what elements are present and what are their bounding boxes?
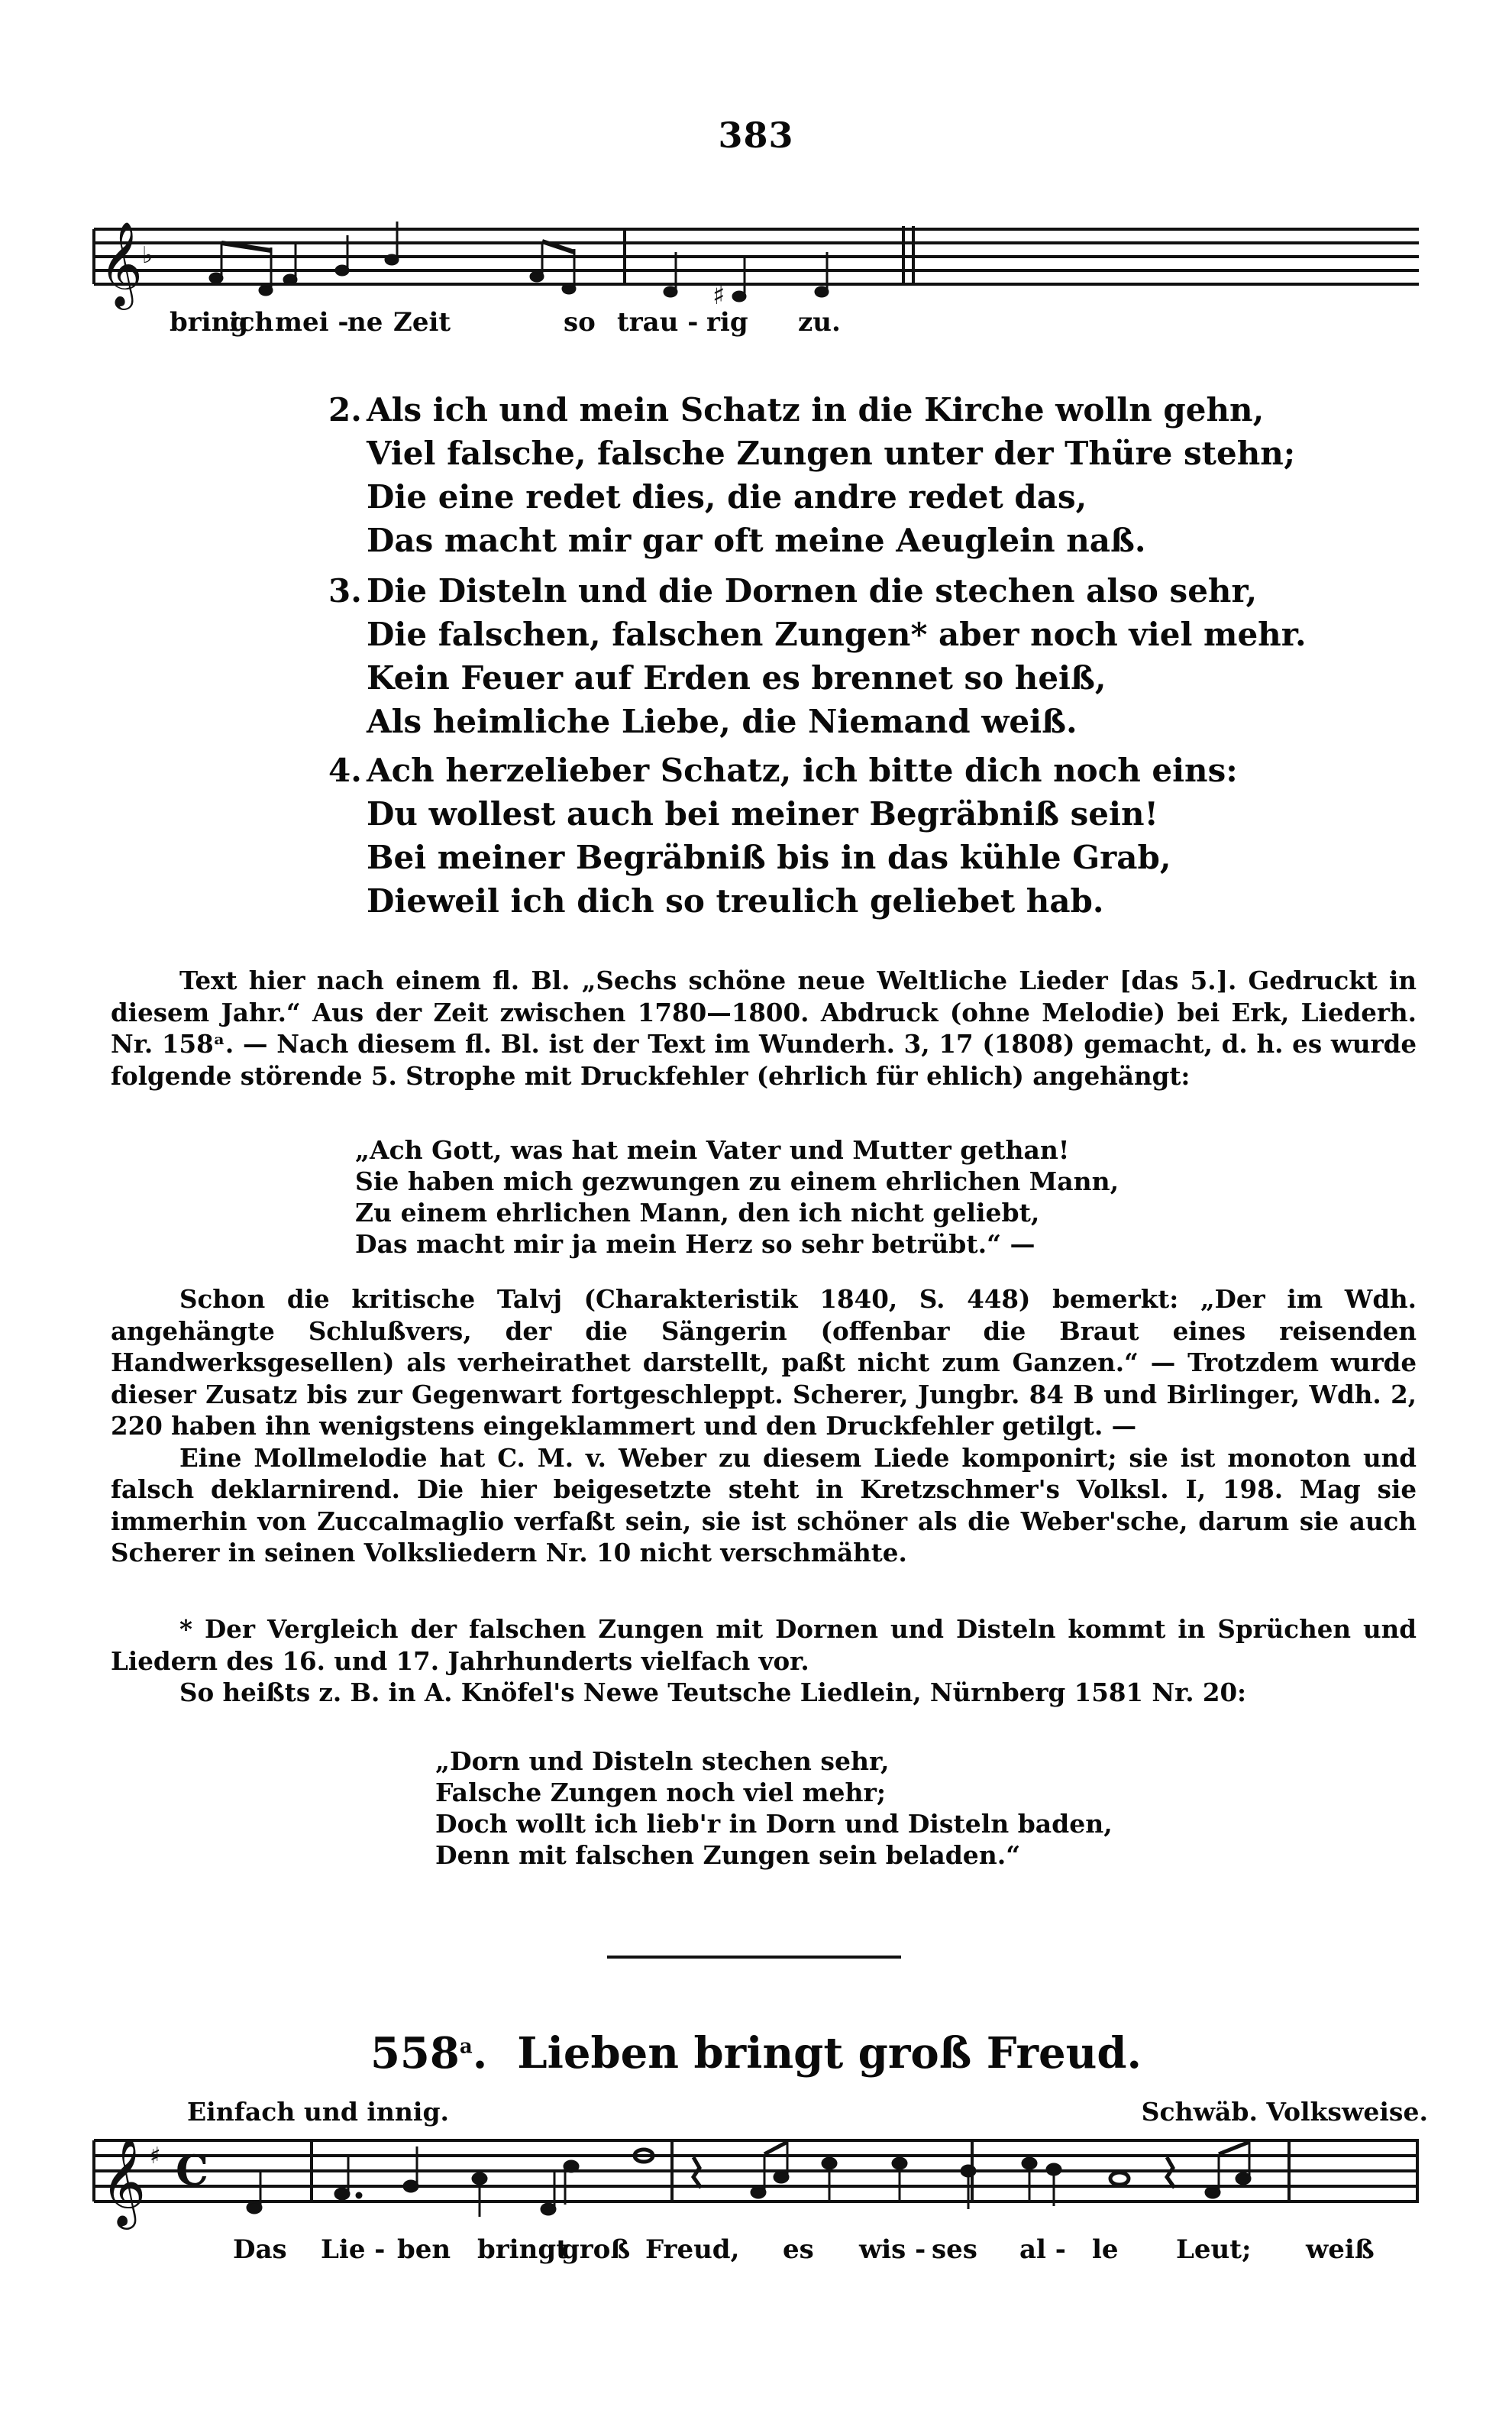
paragraph: Eine Mollmelodie hat C. M. v. Weber zu d… [111,1442,1417,1569]
sheet-music-notation: 𝄞 ♯ C [90,2116,1423,2231]
lyric-syllable: al - [1019,2234,1066,2265]
commentary-source: Text hier nach einem fl. Bl. „Sechs schö… [111,965,1417,1092]
lyric-syllable: wis - [859,2234,926,2265]
lyric-syllable: ich [229,307,273,338]
quote-line: „Ach Gott, was hat mein Vater und Mutter… [355,1134,1119,1166]
svg-text:♯: ♯ [150,2143,161,2169]
verse-line: Als ich und mein Schatz in die Kirche wo… [367,391,1264,429]
verse-line: Die eine redet dies, die andre redet das… [328,475,1295,519]
lyric-syllable: mei - [275,307,348,338]
lyric-syllable: le [1092,2234,1119,2265]
song-heading: 558a. Lieben bringt groß Freud. [0,2028,1512,2079]
lyric-syllable: weiß [1306,2234,1375,2265]
quote-line: Zu einem ehrlichen Mann, den ich nicht g… [355,1197,1119,1228]
svg-text:♯: ♯ [712,280,725,311]
quote-line: Sie haben mich gezwungen zu einem ehrlic… [355,1166,1119,1197]
music-staff-top: 𝄞 ♭ ♯ [90,206,1423,313]
lyric-syllable: ses [932,2234,977,2265]
svg-text:♭: ♭ [142,242,153,269]
commentary-talvj: Schon die kritische Talvj (Charakteristi… [111,1283,1417,1569]
quote-line: Doch wollt ich lieb'r in Dorn und Distel… [435,1808,1113,1839]
section-separator [607,1956,901,1959]
verse-line: Dieweil ich dich so treulich geliebet ha… [328,879,1238,923]
footnote: * Der Vergleich der falschen Zungen mit … [111,1613,1417,1709]
lyric-syllable: bringt [477,2234,568,2265]
verse-line: Bei meiner Begräbniß bis in das kühle Gr… [328,836,1238,879]
verse-number: 3. [328,569,367,613]
lyric-syllable: zu. [798,307,841,338]
page-number: 383 [0,115,1512,156]
verse-line: Als heimliche Liebe, die Niemand weiß. [328,700,1307,743]
lyric-syllable: ne [347,307,383,338]
sheet-music-notation: 𝄞 ♭ ♯ [90,206,1423,313]
verse-line: Ach herzelieber Schatz, ich bitte dich n… [367,752,1238,789]
verse-3: 3.Die Disteln und die Dornen die stechen… [328,569,1307,743]
svg-text:𝄞: 𝄞 [99,221,143,310]
quote-line: Falsche Zungen noch viel mehr; [435,1777,1113,1808]
song-title: Lieben bringt groß Freud. [517,2028,1142,2079]
verse-line: Die Disteln und die Dornen die stechen a… [367,572,1257,610]
svg-text:𝄞: 𝄞 [101,2137,146,2230]
svg-text:C: C [176,2146,208,2195]
quote-line: Denn mit falschen Zungen sein beladen.“ [435,1839,1113,1871]
lyric-syllable: ben [397,2234,451,2265]
lyric-syllable: Freud, [645,2234,739,2265]
verse-line: Du wollest auch bei meiner Begräbniß sei… [328,792,1238,836]
footnote-quote: „Dorn und Disteln stechen sehr, Falsche … [435,1745,1113,1871]
lyric-syllable: Leut; [1176,2234,1252,2265]
lyrics-top: bring ich mei - ne Zeit so trau - rig zu… [0,307,1512,341]
lyric-syllable: es [783,2234,814,2265]
verse-4: 4.Ach herzelieber Schatz, ich bitte dich… [328,749,1238,923]
verse-line: Die falschen, falschen Zungen* aber noch… [328,613,1307,656]
footnote-text: * Der Vergleich der falschen Zungen mit … [111,1613,1417,1677]
verse-number: 2. [328,388,367,432]
paragraph: Text hier nach einem fl. Bl. „Sechs schö… [111,965,1417,1092]
song-number-suffix: a [460,2035,473,2058]
appended-strophe-quote: „Ach Gott, was hat mein Vater und Mutter… [355,1134,1119,1260]
verse-line: Viel falsche, falsche Zungen unter der T… [328,432,1295,475]
lyric-syllable: so [564,307,596,338]
lyrics-bottom: Das Lie - ben bringt groß Freud, es wis … [0,2234,1512,2269]
lyric-syllable: groß [561,2234,630,2265]
verse-number: 4. [328,749,367,792]
song-number: 558 [370,2028,460,2079]
lyric-syllable: Zeit [393,307,451,338]
verse-2: 2.Als ich und mein Schatz in die Kirche … [328,388,1295,562]
verse-line: Das macht mir gar oft meine Aeuglein naß… [328,519,1295,562]
quote-line: „Dorn und Disteln stechen sehr, [435,1745,1113,1777]
footnote-example-intro: So heißts z. B. in A. Knöfel's Newe Teut… [111,1677,1417,1709]
paragraph: Schon die kritische Talvj (Charakteristi… [111,1283,1417,1442]
music-staff-bottom: 𝄞 ♯ C [90,2116,1423,2231]
quote-line: Das macht mir ja mein Herz so sehr betrü… [355,1228,1119,1260]
lyric-syllable: Lie - [321,2234,385,2265]
lyric-syllable: rig [706,307,748,338]
verse-line: Kein Feuer auf Erden es brennet so heiß, [328,656,1307,700]
lyric-syllable: Das [233,2234,287,2265]
lyric-syllable: trau - [617,307,698,338]
